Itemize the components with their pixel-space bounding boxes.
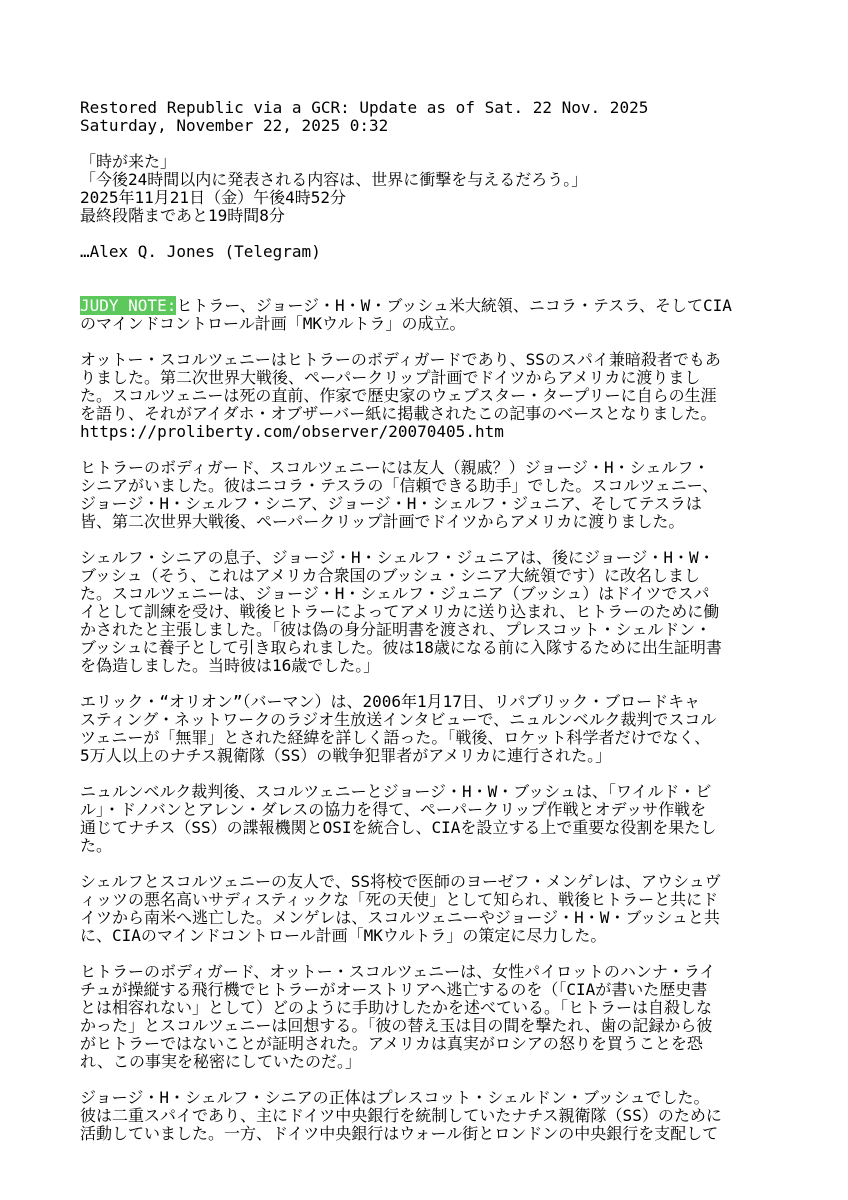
- skorzeny-paragraph-line: た。スコルツェニーは死の直前、作家で歴史家のウェブスター・タープリーに自らの生涯: [80, 387, 790, 405]
- skorzeny-paragraph-line: オットー・スコルツェニーはヒトラーのボディガードであり、SSのスパイ兼暗殺者でも…: [80, 351, 790, 369]
- eric-orion-paragraph-line: ツェニーが「無罪」とされた経緯を詳しく語った。「戦後、ロケット科学者だけでなく、: [80, 729, 790, 747]
- prescott-bush-paragraph-line: 彼は二重スパイであり、主にドイツ中央銀行を統制していたナチス親衛隊（SS）のため…: [80, 1107, 790, 1125]
- announcement-line: 最終段階まであと19時間8分: [80, 207, 790, 225]
- hitler-escape-paragraph-line: ヒトラーのボディガード、オットー・スコルツェニーは、女性パイロットのハンナ・ライ: [80, 963, 790, 981]
- scherff-junior-paragraph-line: ブッシュ（そう、これはアメリカ合衆国のブッシュ・シニア大統領です）に改名しまし: [80, 567, 790, 585]
- prescott-bush-paragraph-line: ジョージ・H・シェルフ・シニアの正体はプレスコット・シェルドン・ブッシュでした。: [80, 1089, 790, 1107]
- header-line: Saturday, November 22, 2025 0:32: [80, 117, 790, 135]
- skorzeny-paragraph-line: りました。第二次世界大戦後、ペーパークリップ計画でドイツからアメリカに渡りまし: [80, 369, 790, 387]
- announcement-line: 2025年11月21日（金）午後4時52分: [80, 189, 790, 207]
- byline-line: …Alex Q. Jones (Telegram): [80, 243, 790, 261]
- mengele-paragraph-line: に、CIAのマインドコントロール計画「MKウルトラ」の策定に尽力した。: [80, 927, 790, 945]
- scherff-senior-paragraph-line: シニアがいました。彼はニコラ・テスラの「信頼できる助手」でした。スコルツェニー、: [80, 477, 790, 495]
- scherff-senior-paragraph-line: 皆、第二次世界大戦後、ペーパークリップ計画でドイツからアメリカに渡りました。: [80, 513, 790, 531]
- scherff-senior-paragraph-line: ヒトラーのボディガード、スコルツェニーには友人（親戚？）ジョージ・H・シェルフ・: [80, 459, 790, 477]
- header: Restored Republic via a GCR: Update as o…: [80, 99, 790, 135]
- prescott-bush-paragraph-line: 活動していました。一方、ドイツ中央銀行はウォール街とロンドンの中央銀行を支配して: [80, 1125, 790, 1143]
- document-page: Restored Republic via a GCR: Update as o…: [0, 0, 848, 1200]
- nuremberg-paragraph: ニュルンベルク裁判後、スコルツェニーとジョージ・H・W・ブッシュは、「ワイルド・…: [80, 783, 790, 855]
- nuremberg-paragraph-line: 通じてナチス（SS）の諜報機関とOSIを統合し、CIAを設立する上で重要な役割を…: [80, 819, 790, 837]
- hitler-escape-paragraph-line: かった」とスコルツェニーは回想する。「彼の替え玉は目の間を撃たれ、歯の記録から彼: [80, 1017, 790, 1035]
- nuremberg-paragraph-line: ル」・ドノバンとアレン・ダレスの協力を得て、ペーパークリップ作戦とオデッサ作戦を: [80, 801, 790, 819]
- eric-orion-paragraph-line: スティング・ネットワークのラジオ生放送インタビューで、ニュルンベルク裁判でスコル: [80, 711, 790, 729]
- skorzeny-paragraph-line: を語り、それがアイダホ・オブザーバー紙に掲載されたこの記事のベースとなりました。: [80, 405, 790, 423]
- scherff-junior-paragraph-line: た。スコルツェニーは、ジョージ・H・シェルフ・ジュニア（ブッシュ）はドイツでスパ: [80, 585, 790, 603]
- announcement-line: 「今後24時間以内に発表される内容は、世界に衝撃を与えるだろう。」: [80, 171, 790, 189]
- mengele-paragraph-line: シェルフとスコルツェニーの友人で、SS将校で医師のヨーゼフ・メンゲレは、アウシュ…: [80, 873, 790, 891]
- judy-note-line: のマインドコントロール計画「MKウルトラ」の成立。: [80, 315, 790, 333]
- mengele-paragraph: シェルフとスコルツェニーの友人で、SS将校で医師のヨーゼフ・メンゲレは、アウシュ…: [80, 873, 790, 945]
- byline: …Alex Q. Jones (Telegram): [80, 243, 790, 261]
- hitler-escape-paragraph-line: とは相容れない」として）どのように手助けしたかを述べている。「ヒトラーは自殺しな: [80, 999, 790, 1017]
- scherff-junior-paragraph-line: イとして訓練を受け、戦後ヒトラーによってアメリカに送り込まれ、ヒトラーのために働: [80, 603, 790, 621]
- article-url: https://proliberty.com/observer/20070405…: [80, 423, 790, 441]
- judy-note: JUDY NOTE:ヒトラー、ジョージ・H・W・ブッシュ米大統領、ニコラ・テスラ…: [80, 297, 790, 333]
- mengele-paragraph-line: イツから南米へ逃亡した。メンゲレは、スコルツェニーやジョージ・H・W・ブッシュと…: [80, 909, 790, 927]
- scherff-junior-paragraph: シェルフ・シニアの息子、ジョージ・H・シェルフ・ジュニアは、後にジョージ・H・W…: [80, 549, 790, 675]
- judy-note-line: JUDY NOTE:ヒトラー、ジョージ・H・W・ブッシュ米大統領、ニコラ・テスラ…: [80, 297, 790, 315]
- nuremberg-paragraph-line: ニュルンベルク裁判後、スコルツェニーとジョージ・H・W・ブッシュは、「ワイルド・…: [80, 783, 790, 801]
- scherff-senior-paragraph-line: ジョージ・H・シェルフ・シニア、ジョージ・H・シェルフ・ジュニア、そしてテスラは: [80, 495, 790, 513]
- prescott-bush-paragraph: ジョージ・H・シェルフ・シニアの正体はプレスコット・シェルドン・ブッシュでした。…: [80, 1089, 790, 1143]
- nuremberg-paragraph-line: た。: [80, 837, 790, 855]
- hitler-escape-paragraph-line: がヒトラーではないことが証明された。アメリカは真実がロシアの怒りを買うことを恐: [80, 1035, 790, 1053]
- hitler-escape-paragraph-line: れ、この事実を秘密にしていたのだ。」: [80, 1053, 790, 1071]
- skorzeny-paragraph: オットー・スコルツェニーはヒトラーのボディガードであり、SSのスパイ兼暗殺者でも…: [80, 351, 790, 441]
- announcement: 「時が来た」「今後24時間以内に発表される内容は、世界に衝撃を与えるだろう。」2…: [80, 153, 790, 225]
- scherff-junior-paragraph-line: ブッシュに養子として引き取られました。彼は18歳になる前に入隊するために出生証明…: [80, 639, 790, 657]
- scherff-senior-paragraph: ヒトラーのボディガード、スコルツェニーには友人（親戚？）ジョージ・H・シェルフ・…: [80, 459, 790, 531]
- hitler-escape-paragraph-line: チュが操縦する飛行機でヒトラーがオーストリアへ逃亡するのを（「CIAが書いた歴史…: [80, 981, 790, 999]
- eric-orion-paragraph: エリック・“オリオン”（バーマン）は、2006年1月17日、リパブリック・ブロー…: [80, 693, 790, 765]
- announcement-line: 「時が来た」: [80, 153, 790, 171]
- hitler-escape-paragraph: ヒトラーのボディガード、オットー・スコルツェニーは、女性パイロットのハンナ・ライ…: [80, 963, 790, 1071]
- scherff-junior-paragraph-line: シェルフ・シニアの息子、ジョージ・H・シェルフ・ジュニアは、後にジョージ・H・W…: [80, 549, 790, 567]
- header-line: Restored Republic via a GCR: Update as o…: [80, 99, 790, 117]
- mengele-paragraph-line: ィッツの悪名高いサディスティックな「死の天使」として知られ、戦後ヒトラーと共にド: [80, 891, 790, 909]
- document-text: Restored Republic via a GCR: Update as o…: [80, 99, 790, 1143]
- judy-note-highlight-label: JUDY NOTE:: [80, 296, 176, 315]
- scherff-junior-paragraph-line: を偽造しました。当時彼は16歳でした。」: [80, 657, 790, 675]
- scherff-junior-paragraph-line: かされたと主張しました。「彼は偽の身分証明書を渡され、プレスコット・シェルドン・: [80, 621, 790, 639]
- eric-orion-paragraph-line: エリック・“オリオン”（バーマン）は、2006年1月17日、リパブリック・ブロー…: [80, 693, 790, 711]
- eric-orion-paragraph-line: 5万人以上のナチス親衛隊（SS）の戦争犯罪者がアメリカに連行された。」: [80, 747, 790, 765]
